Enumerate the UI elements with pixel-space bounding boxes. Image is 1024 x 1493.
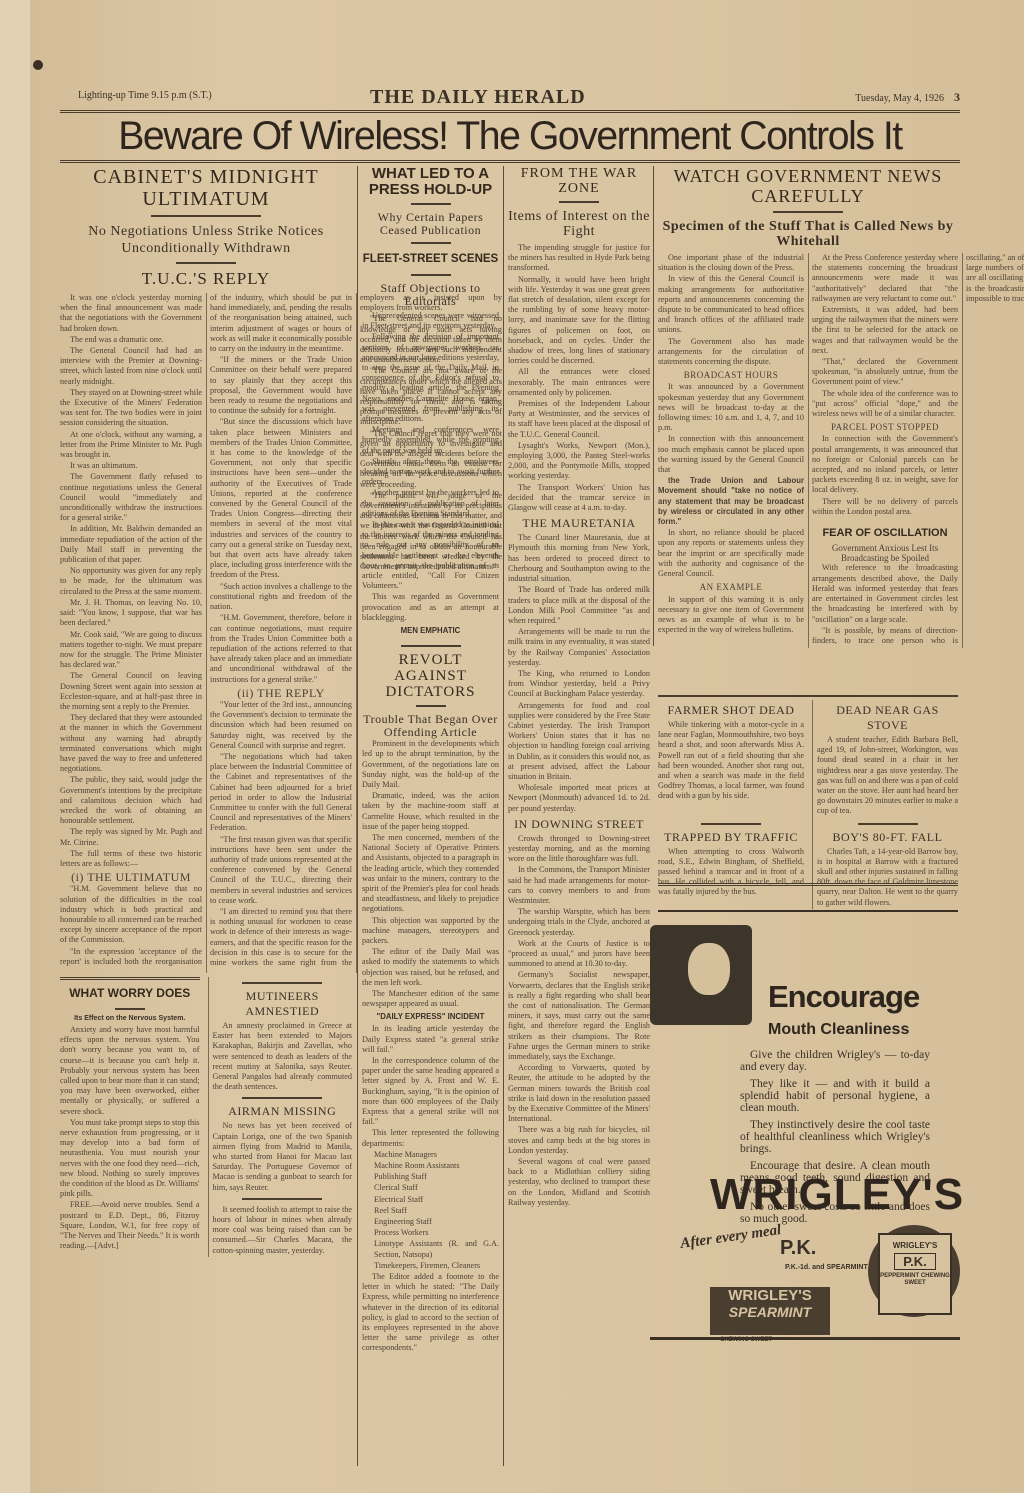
paragraph: Another protest by the workers led to th…	[362, 488, 499, 519]
issue-date: Tuesday, May 4, 1926	[855, 93, 944, 104]
advert-paragraph: They like it — and with it build a splen…	[740, 1078, 930, 1114]
paragraph: Unprecedented scenes were witnessed in F…	[362, 311, 499, 331]
footnote: The Editor added a footnote to the lette…	[362, 1272, 499, 1354]
child-face-icon	[688, 943, 730, 995]
article-press-hold-up: WHAT LED TO A PRESS HOLD-UP Why Certain …	[362, 166, 499, 1355]
article-body: It was one o'clock yesterday morning whe…	[60, 293, 352, 973]
briefs-rule	[658, 695, 958, 697]
department-item: Engineering Staff	[374, 1217, 499, 1227]
paragraph: In connection with this announcement too…	[658, 434, 804, 475]
advert-wrigleys: Encourage Mouth Cleanliness Give the chi…	[650, 925, 960, 1395]
briefs-column: MUTINEERS AMNESTIED An amnesty proclaime…	[208, 977, 353, 1257]
box-brand: WRIGLEY'S	[880, 1241, 950, 1250]
divider	[242, 1097, 322, 1099]
paragraph: Wholesale imported meat prices at Newpor…	[508, 783, 650, 814]
airman-text: No news has yet been received of Captain…	[213, 1121, 353, 1192]
briefs: FARMER SHOT DEAD While tinkering with a …	[658, 700, 958, 909]
paragraph: The Manchester edition of the same newsp…	[362, 989, 499, 1009]
paper-title: THE DAILY HERALD	[370, 86, 586, 109]
paragraph: Work at the Courts of Justice is to "pro…	[508, 939, 650, 970]
paragraph: The full terms of these two historic let…	[60, 849, 202, 869]
paragraph: In support of this warning it is only ne…	[658, 595, 804, 636]
brief-boys-fall: BOY'S 80-FT. FALL Charles Taft, a 14-yea…	[812, 818, 958, 909]
department-item: Reel Staff	[374, 1206, 499, 1216]
department-item: Timekeepers, Firemen, Cleaners	[374, 1261, 499, 1271]
banner-headline: Beware Of Wireless! The Government Contr…	[69, 114, 951, 159]
paragraph: "The negotiations which had taken place …	[210, 752, 352, 834]
department-item: Electrical Staff	[374, 1195, 499, 1205]
paragraph: In the Commons, the Transport Minister s…	[508, 865, 650, 906]
paragraph: In this case it was regarded as inimical…	[362, 520, 499, 591]
paragraph: The men concerned, members of the Nation…	[362, 833, 499, 915]
department-item: Linotype Assistants (R. and G.A. Section…	[374, 1239, 499, 1259]
macara-quote: It seemed foolish to attempt to raise th…	[213, 1205, 353, 1256]
paragraph: They declared that they were astounded a…	[60, 713, 202, 774]
brief-traffic: TRAPPED BY TRAFFIC When attempting to cr…	[658, 818, 804, 909]
column-rule	[503, 166, 504, 1466]
article-watch-government-news: WATCH GOVERNMENT NEWS CAREFULLY Specimen…	[658, 166, 958, 648]
section-heading: FEAR OF OSCILLATION	[812, 523, 958, 543]
article-body: The impending struggle for justice for t…	[508, 243, 650, 513]
paragraph: One important phase of the industrial si…	[658, 253, 804, 273]
paragraph: With reference to the broadcasting arran…	[812, 563, 958, 624]
subdeck: Staff Objections to Editorials	[362, 282, 499, 308]
product-prices: P.K.-1d. and SPEARMINT 5d.	[785, 1263, 880, 1272]
department-item: Clerical Staff	[374, 1183, 499, 1193]
article-body: One important phase of the industrial si…	[658, 253, 958, 648]
paragraph: The end was a dramatic one.	[60, 335, 202, 345]
pk-box: WRIGLEY'S P.K. PEPPERMINT CHEWING SWEET	[878, 1233, 952, 1315]
departments-list: Machine ManagersMachine Room AssistantsP…	[362, 1150, 499, 1271]
advert-base-rule	[650, 1337, 960, 1340]
product-name: P.K.	[780, 1237, 816, 1260]
advert-what-worry-does: WHAT WORRY DOES Its Effect on the Nervou…	[60, 977, 200, 1257]
section-heading: "DAILY EXPRESS" INCIDENT	[362, 1012, 499, 1021]
paragraph: Mr. Cook said, "We are going to discuss …	[60, 630, 202, 671]
brief-headline: BOY'S 80-FT. FALL	[817, 830, 958, 845]
department-item: Machine Managers	[374, 1150, 499, 1160]
paragraph: In its leading article yesterday the Dai…	[362, 1024, 499, 1055]
paragraph: Prominent in the developments which led …	[362, 739, 499, 790]
box-name: P.K.	[894, 1253, 936, 1270]
brief-gas-stove: DEAD NEAR GAS STOVE A student teacher, E…	[812, 700, 958, 818]
paragraph: The warship Warspite, which has been und…	[508, 907, 650, 938]
advert-paragraph: They instinctively desire the cool taste…	[740, 1119, 930, 1155]
paragraph: "But since the discussions which have ta…	[210, 417, 352, 580]
child-illustration	[650, 925, 752, 1025]
paragraph: "That," declared the Government spokesma…	[812, 357, 958, 388]
dateline: Tuesday, May 4, 19263	[855, 90, 960, 105]
punch-hole	[33, 60, 43, 70]
paragraph: Meetings and conferences were hurriedly …	[362, 425, 499, 456]
brief-headline: DEAD NEAR GAS STOVE	[817, 703, 958, 733]
article-cabinet-ultimatum: CABINET'S MIDNIGHT ULTIMATUM No Negotiat…	[60, 166, 352, 1257]
paragraph: Crowds thronged to Downing-street yester…	[508, 834, 650, 865]
advert-headline: Encourage	[768, 979, 919, 1015]
article-body: In its leading article yesterday the Dai…	[362, 1024, 499, 1148]
paragraph: Premises of the Independent Labour Party…	[508, 399, 650, 440]
headline: CABINET'S MIDNIGHT ULTIMATUM	[60, 166, 352, 210]
kicker: FLEET-STREET SCENES	[362, 249, 499, 269]
paragraph: "Such action involves a challenge to the…	[210, 582, 352, 613]
paragraph: The Board of Trade has ordered milk trad…	[508, 585, 650, 626]
paragraph: The King, who returned to London from Wi…	[508, 669, 650, 700]
paragraph: This objection was supported by the mach…	[362, 916, 499, 947]
deck-revolt: Trouble That Began Over Offending Articl…	[362, 713, 499, 739]
article-war-zone: FROM THE WAR ZONE Items of Interest on t…	[508, 166, 650, 1209]
headline-airman: AIRMAN MISSING	[213, 1104, 353, 1119]
paragraph: Germany's Socialist newspaper, Vorwaerts…	[508, 970, 650, 1062]
brief-headline: TRAPPED BY TRAFFIC	[658, 830, 804, 845]
paragraph: Anxiety and worry have most harmful effe…	[60, 1025, 200, 1117]
divider	[242, 1198, 322, 1200]
paragraph: You must take prompt steps to stop this …	[60, 1118, 200, 1200]
banner-rule	[60, 160, 960, 163]
page-number: 3	[954, 90, 960, 104]
paragraph: In connection with the Government's post…	[812, 434, 958, 495]
advert-top-rule	[658, 910, 958, 912]
article-body: The Cunard liner Mauretania, due at Plym…	[508, 533, 650, 813]
paragraph: "Your letter of the 3rd inst., announcin…	[210, 700, 352, 751]
masthead-rule	[60, 110, 960, 113]
section-heading: MEN EMPHATIC	[362, 626, 499, 635]
department-item: Publishing Staff	[374, 1172, 499, 1182]
section-heading: BROADCAST HOURS	[658, 370, 804, 380]
divider	[242, 982, 322, 984]
deck: No Negotiations Unless Strike Notices Un…	[60, 223, 352, 257]
paragraph: The public, they said, would judge the G…	[60, 775, 202, 826]
divider	[151, 215, 261, 217]
section-heading: AN EXAMPLE	[658, 582, 804, 592]
divider	[701, 823, 761, 825]
box-subtitle: PEPPERMINT CHEWING SWEET	[880, 1273, 950, 1287]
paragraph: Arrangements will be made to run the mil…	[508, 627, 650, 668]
headline-revolt: REVOLT AGAINST DICTATORS	[362, 652, 499, 700]
paragraph: In addition, Mr. Baldwin demanded an imm…	[60, 524, 202, 565]
advert-paragraph: Give the children Wrigley's — to-day and…	[740, 1049, 930, 1073]
paragraph: At one o'clock, without any warning, a l…	[60, 430, 202, 461]
divider	[115, 1008, 145, 1010]
paragraph: Arrangements for food and coal supplies …	[508, 701, 650, 783]
deck: Items of Interest on the Fight	[508, 209, 650, 239]
paragraph: The General Council had had an interview…	[60, 346, 202, 387]
paragraph: "H.M. Government, therefore, before it c…	[210, 613, 352, 684]
mutineers-text: An amnesty proclaimed in Greece at Easte…	[213, 1021, 353, 1092]
paragraph: The editor of the Daily Mail was asked t…	[362, 947, 499, 988]
paragraph: The Government flatly refused to continu…	[60, 472, 202, 523]
paragraph: The Cunard liner Mauretania, due at Plym…	[508, 533, 650, 584]
paragraph: The impending struggle for justice for t…	[508, 243, 650, 274]
brief-text: When attempting to cross Walworth road, …	[658, 847, 804, 898]
section-heading: THE MAURETANIA	[508, 516, 650, 531]
masthead: Lighting-up Time 9.15 p.m (S.T.) THE DAI…	[60, 86, 960, 108]
deck: Government Anxious Lest Its Broadcasting…	[812, 543, 958, 563]
paragraph: There will be no delivery of parcels wit…	[812, 497, 958, 517]
divider	[401, 645, 461, 647]
paragraph: No opportunity was given for any reply t…	[60, 566, 202, 597]
column-rule	[653, 166, 654, 646]
paragraph: It was announced by a Government spokesm…	[658, 382, 804, 433]
divider	[176, 262, 236, 264]
department-item: Process Workers	[374, 1228, 499, 1238]
divider	[411, 203, 451, 205]
paragraph: They stayed on at Downing-street while t…	[60, 388, 202, 429]
deck: Why Certain Papers Ceased Publication	[362, 211, 499, 237]
section-heading: IN DOWNING STREET	[508, 817, 650, 832]
paragraph: In the correspondence column of the pape…	[362, 1056, 499, 1127]
paragraph: FREE.—Avoid nerve troubles. Send a postc…	[60, 1200, 200, 1251]
spearmint-pack: WRIGLEY'S SPEARMINT CHEWING SWEET	[710, 1287, 830, 1335]
article-body: Prominent in the developments which led …	[362, 739, 499, 1009]
brief-headline: FARMER SHOT DEAD	[658, 703, 804, 718]
paragraph: Lysaght's Works, Newport (Mon.), employi…	[508, 441, 650, 482]
paragraph: The Transport Workers' Union has decided…	[508, 483, 650, 514]
briefs-bottom-rule	[658, 883, 958, 886]
paragraph: At the Press Conference yesterday where …	[812, 253, 958, 304]
divider	[411, 242, 451, 244]
paragraph: In view of this the General Council is m…	[658, 274, 804, 335]
advert-subhead: Mouth Cleanliness	[768, 1021, 909, 1039]
paragraph: The Government also has made arrangement…	[658, 337, 804, 368]
paragraph: It was an ultimatum.	[60, 461, 202, 471]
paragraph: This was regarded as Government provocat…	[362, 592, 499, 623]
divider	[416, 705, 446, 707]
paragraph: Shortly after three the employees decide…	[362, 457, 499, 488]
paragraph: "The first reason given was that specifi…	[210, 835, 352, 906]
paragraph: In short, no reliance should be placed u…	[658, 528, 804, 579]
headline-mutineers: MUTINEERS AMNESTIED	[213, 989, 353, 1019]
paragraph: Normally, it would have been bright with…	[508, 275, 650, 367]
paragraph: The whole idea of the conference was to …	[812, 389, 958, 420]
paragraph: Extremists, it was added, had been urgin…	[812, 305, 958, 356]
page-edge	[0, 0, 30, 1493]
paragraph: "If the miners or the Trade Union Commit…	[210, 355, 352, 416]
brief-text: While tinkering with a motor-cycle in a …	[658, 720, 804, 802]
paragraph: Following the decision of important sect…	[362, 332, 499, 424]
headline: WHAT WORRY DOES	[60, 983, 200, 1003]
paragraph: All the entrances were closed inexorably…	[508, 367, 650, 398]
deck: Specimen of the Stuff That is Called New…	[658, 219, 958, 249]
divider	[858, 823, 918, 825]
pack-name: SPEARMINT	[710, 1304, 830, 1320]
department-item: Machine Room Assistants	[374, 1161, 499, 1171]
paragraph: There was a big rush for bicycles, oil s…	[508, 1125, 650, 1156]
subhead: T.U.C.'S REPLY	[60, 269, 352, 289]
headline: WHAT LED TO A PRESS HOLD-UP	[362, 166, 499, 198]
paragraph: The reply was signed by Mr. Pugh and Mr.…	[60, 827, 202, 847]
divider	[773, 211, 843, 213]
paragraph: Dramatic, indeed, was the action taken b…	[362, 791, 499, 832]
column-rule	[357, 166, 358, 1466]
deck: Its Effect on the Nervous System.	[60, 1015, 200, 1022]
advert-body: Anxiety and worry have most harmful effe…	[60, 1025, 200, 1251]
paragraph: It was one o'clock yesterday morning whe…	[60, 293, 202, 334]
brief-text: Charles Taft, a 14-year-old Barrow boy, …	[817, 847, 958, 908]
article-body: Unprecedented scenes were witnessed in F…	[362, 311, 499, 623]
brand-wordmark: WRIGLEY'S	[710, 1170, 964, 1220]
headline: WATCH GOVERNMENT NEWS CAREFULLY	[658, 166, 958, 206]
paragraph: This letter represented the following de…	[362, 1128, 499, 1148]
section-heading: (i) THE ULTIMATUM	[60, 872, 202, 882]
section-heading: PARCEL POST STOPPED	[812, 422, 958, 432]
advert-slogan: After every meal	[680, 1223, 783, 1251]
paragraph: "H.M. Government believe that no solutio…	[60, 884, 202, 945]
warning-text: the Trade Union and Labour Movement shou…	[658, 476, 804, 527]
divider	[559, 201, 599, 203]
paragraph: The General Council on leaving Downing S…	[60, 671, 202, 712]
pack-brand: WRIGLEY'S	[710, 1287, 830, 1304]
headline: FROM THE WAR ZONE	[508, 166, 650, 196]
paragraph: According to Vorwaerts, quoted by Reuter…	[508, 1063, 650, 1124]
brief-farmer: FARMER SHOT DEAD While tinkering with a …	[658, 700, 804, 818]
paragraph: Mr. J. H. Thomas, on leaving No. 10, sai…	[60, 598, 202, 629]
paragraph: Several wagons of coal were passed back …	[508, 1157, 650, 1208]
section-heading: (ii) THE REPLY	[210, 688, 352, 698]
lighting-up-time: Lighting-up Time 9.15 p.m (S.T.)	[78, 90, 212, 101]
brief-text: A student teacher, Edith Barbara Bell, a…	[817, 735, 958, 817]
article-body: Crowds thronged to Downing-street yester…	[508, 834, 650, 1208]
divider	[411, 274, 451, 276]
